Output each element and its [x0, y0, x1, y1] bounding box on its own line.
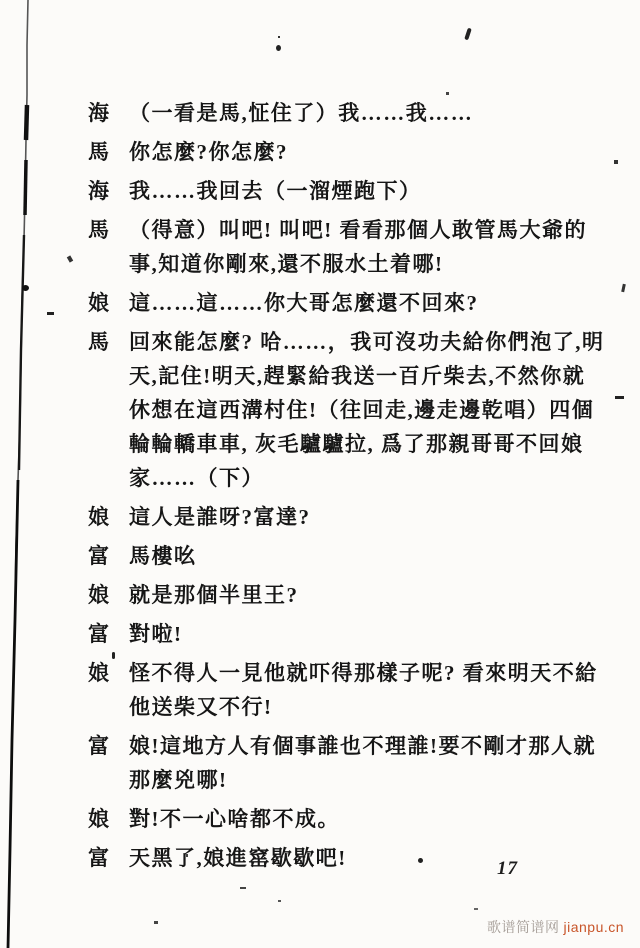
dialogue-block: 海 （一看是馬,怔住了）我……我…… 馬 你怎麼?你怎麼? 海 我……我回去（一… [88, 96, 608, 880]
speaker-label: 娘 [88, 500, 129, 534]
dialogue-line: 家……（下） [129, 461, 608, 495]
dialogue-line: 輪輪轎車車, 灰毛驢驢拉, 爲了那親哥哥不回娘 [129, 427, 608, 461]
speaker-label: 馬 [88, 213, 129, 281]
dialogue-line: 就是那個半里王? [129, 578, 608, 612]
dialogue-line: 娘!這地方人有個事誰也不理誰!要不剛才那人就 [129, 729, 608, 763]
dialogue-line: 他送柴又不行! [129, 690, 608, 724]
ink-speck [446, 92, 449, 95]
speaker-label: 馬 [88, 135, 129, 169]
speaker-label: 娘 [88, 578, 129, 612]
dialogue-line: （一看是馬,怔住了）我……我…… [129, 96, 608, 130]
dialogue-entry: 馬 回來能怎麼? 哈……，我可沒功夫給你們泡了,明 天,記住!明天,趕緊給我送一… [88, 325, 608, 495]
speaker-label: 馬 [88, 325, 129, 495]
dialogue-line: 天黑了,娘進窰歇歇吧! [129, 841, 608, 875]
dialogue-line: 你怎麼?你怎麼? [129, 135, 608, 169]
speaker-label: 富 [88, 841, 129, 875]
dialogue-entry: 娘 這……這……你大哥怎麼還不回來? [88, 286, 608, 320]
dialogue-line: 這……這……你大哥怎麼還不回來? [129, 286, 608, 320]
ink-speck [278, 900, 281, 902]
dialogue-entry: 馬 （得意）叫吧! 叫吧! 看看那個人敢管馬大爺的 事,知道你剛來,還不服水土着… [88, 213, 608, 281]
dialogue-entry: 富 娘!這地方人有個事誰也不理誰!要不剛才那人就 那麼兇哪! [88, 729, 608, 797]
dialogue-line: （得意）叫吧! 叫吧! 看看那個人敢管馬大爺的 [129, 213, 608, 247]
ink-speck [240, 887, 246, 889]
speaker-label: 富 [88, 729, 129, 797]
dialogue-entry: 娘 就是那個半里王? [88, 578, 608, 612]
ink-speck [474, 908, 478, 910]
scanned-page: 海 （一看是馬,怔住了）我……我…… 馬 你怎麼?你怎麼? 海 我……我回去（一… [0, 0, 640, 948]
ink-speck [614, 160, 618, 164]
dialogue-entry: 娘 對!不一心啥都不成。 [88, 802, 608, 836]
speaker-label: 娘 [88, 286, 129, 320]
dialogue-line: 這人是誰呀?富達? [129, 500, 608, 534]
page-number: 17 [497, 858, 518, 880]
speaker-label: 富 [88, 539, 129, 573]
ink-speck [186, 854, 188, 857]
dialogue-line: 事,知道你剛來,還不服水土着哪! [129, 247, 608, 281]
dialogue-line: 我……我回去（一溜煙跑下） [129, 174, 608, 208]
watermark-site-name: 歌谱简谱网 [487, 919, 560, 935]
ink-speck [47, 312, 54, 315]
ink-speck [112, 652, 115, 659]
ink-speck [276, 45, 281, 51]
ink-speck [418, 858, 423, 863]
dialogue-line: 怪不得人一見他就吓得那樣子呢? 看來明天不給 [129, 656, 608, 690]
speaker-label: 海 [88, 96, 129, 130]
dialogue-line: 對啦! [129, 617, 608, 651]
dialogue-entry: 娘 怪不得人一見他就吓得那樣子呢? 看來明天不給 他送柴又不行! [88, 656, 608, 724]
ink-speck [67, 255, 73, 262]
dialogue-line: 馬樓吆 [129, 539, 608, 573]
dialogue-entry: 富 天黑了,娘進窰歇歇吧! [88, 841, 608, 875]
dialogue-line: 那麼兇哪! [129, 763, 608, 797]
speaker-label: 娘 [88, 802, 129, 836]
ink-speck [621, 284, 626, 292]
dialogue-entry: 娘 這人是誰呀?富達? [88, 500, 608, 534]
dialogue-line: 回來能怎麼? 哈……，我可沒功夫給你們泡了,明 [129, 325, 608, 359]
ink-speck [22, 285, 29, 291]
ink-speck [464, 28, 472, 41]
dialogue-entry: 海 我……我回去（一溜煙跑下） [88, 174, 608, 208]
ink-speck [154, 921, 158, 924]
dialogue-line: 對!不一心啥都不成。 [129, 802, 608, 836]
ink-speck [278, 36, 280, 38]
dialogue-entry: 海 （一看是馬,怔住了）我……我…… [88, 96, 608, 130]
dialogue-line: 天,記住!明天,趕緊給我送一百斤柴去,不然你就 [129, 359, 608, 393]
dialogue-line: 休想在這西溝村住!（往回走,邊走邊乾唱）四個 [129, 393, 608, 427]
watermark-domain: jianpu.cn [564, 919, 625, 935]
speaker-label: 娘 [88, 656, 129, 724]
watermark: 歌谱简谱网jianpu.cn [487, 917, 624, 937]
speaker-label: 富 [88, 617, 129, 651]
dialogue-entry: 富 對啦! [88, 617, 608, 651]
dialogue-entry: 富 馬樓吆 [88, 539, 608, 573]
dialogue-entry: 馬 你怎麼?你怎麼? [88, 135, 608, 169]
ink-speck [615, 396, 624, 399]
binding-fold-line [0, 0, 40, 948]
speaker-label: 海 [88, 174, 129, 208]
